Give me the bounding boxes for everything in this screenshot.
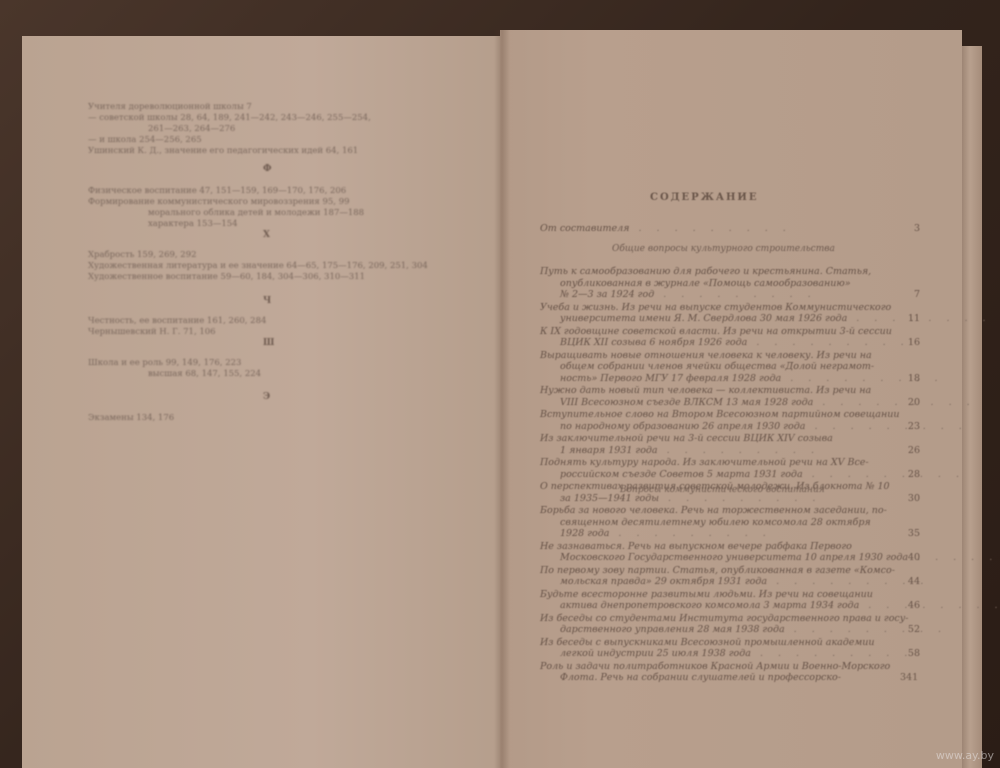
toc-page-number: 30 — [908, 493, 920, 504]
toc-entry-text: российском съезде Советов 5 марта 1931 г… — [540, 469, 912, 481]
toc-page-number: 52 — [908, 624, 920, 635]
index-entry: Школа и ее роль 99, 149, 176, 223 — [88, 358, 241, 369]
toc-entry-text: по народному образованию 26 апреля 1930 … — [540, 421, 912, 433]
toc-entry-text: 1 января 1931 года . . . . . . . . . — [540, 445, 912, 457]
toc-entry-text: ВЦИК XII созыва 6 ноября 1926 года . . .… — [540, 337, 912, 349]
watermark: www.ay.by — [936, 749, 994, 762]
toc-entry-text: № 2—3 за 1924 год . . . . . . . . . — [540, 289, 912, 301]
toc-entry: Путь к самообразованию для рабочего и кр… — [540, 266, 912, 301]
index-entry: Храбрость 159, 269, 292 — [88, 250, 197, 261]
index-entry: Чернышевский Н. Г. 71, 106 — [88, 327, 216, 338]
toc-entry-text: Московского Государственного университет… — [540, 552, 912, 564]
page-number: 341 — [900, 672, 918, 683]
index-entry: высшая 68, 147, 155, 224 — [148, 369, 261, 380]
toc-entry-text: опубликованная в журнале «Помощь самообр… — [540, 278, 912, 290]
index-entry: — и школа 254—256, 265 — [88, 135, 202, 146]
toc-entry-text: Из беседы с выпускниками Всесоюзной пром… — [540, 637, 912, 649]
index-letter-heading: Ф — [263, 164, 272, 174]
toc-entry-text: Из беседы со студентами Института госуда… — [540, 613, 912, 625]
index-entry: Художественная литература и ее значение … — [88, 261, 428, 272]
toc-entry: Будьте всесторонне развитыми людьми. Из … — [540, 589, 912, 612]
toc-entry-text: 1928 года . . . . . . . . . — [540, 528, 912, 540]
toc-page-number: 28 — [908, 469, 920, 480]
toc-page-number: 16 — [908, 337, 920, 348]
toc-entry-text: Выращивать новые отношения человека к че… — [540, 350, 912, 362]
toc-page-number: 3 — [914, 223, 920, 234]
toc-entry: Вступительное слово на Втором Всесоюзном… — [540, 409, 912, 432]
toc-entry-text: дарственного управления 28 мая 1938 года… — [540, 624, 912, 636]
toc-page-number: 11 — [908, 313, 920, 324]
toc-page-number: 7 — [914, 289, 920, 300]
toc-entry-text: Вступительное слово на Втором Всесоюзном… — [540, 409, 912, 421]
toc-entry-text: Путь к самообразованию для рабочего и кр… — [540, 266, 912, 278]
toc-entry: Нужно дать новый тип человека — коллекти… — [540, 385, 912, 408]
toc-entry: Роль и задачи политработников Красной Ар… — [540, 661, 912, 684]
index-entry: Честность, ее воспитание 161, 260, 284 — [88, 316, 266, 327]
toc-entry-text: Нужно дать новый тип человека — коллекти… — [540, 385, 912, 397]
toc-entry-text: Не зазнаваться. Речь на выпускном вечере… — [540, 541, 912, 553]
index-letter-heading: Ш — [263, 338, 274, 348]
toc-entry-text: Из заключительной речи на 3-й сессии ВЦИ… — [540, 433, 912, 445]
toc-entry-text: Поднять культуру народа. Из заключительн… — [540, 457, 912, 469]
toc-entry-text: общем собрании членов ячейки общества «Д… — [540, 361, 912, 373]
toc-entry: От составителя . . . . . . . . .3 — [540, 223, 912, 235]
index-letter-heading: Ч — [263, 296, 271, 306]
toc-entry: К IX годовщине советской власти. Из речи… — [540, 326, 912, 349]
toc-entry: Выращивать новые отношения человека к че… — [540, 350, 912, 385]
toc-entry-text: Борьба за нового человека. Речь на торже… — [540, 505, 912, 517]
toc-entry-text: Будьте всесторонне развитыми людьми. Из … — [540, 589, 912, 601]
toc-page-number: 46 — [908, 600, 920, 611]
toc-entry: Борьба за нового человека. Речь на торже… — [540, 505, 912, 540]
toc-page-number: 26 — [908, 445, 920, 456]
toc-entry-text: актива днепропетровского комсомола 3 мар… — [540, 600, 912, 612]
toc-entry: Учеба и жизнь. Из речи на выпуске студен… — [540, 302, 912, 325]
toc-section-heading: Общие вопросы культурного строительства — [612, 244, 835, 254]
toc-entry-text: ность» Первого МГУ 17 февраля 1928 года … — [540, 373, 912, 385]
toc-page-number: 23 — [908, 421, 920, 432]
toc-entry: Из беседы со студентами Института госуда… — [540, 613, 912, 636]
toc-entry-text: Учеба и жизнь. Из речи на выпуске студен… — [540, 302, 912, 314]
toc-entry-text: По первому зову партии. Статья, опублико… — [540, 565, 912, 577]
index-entry: Художественное воспитание 59—60, 184, 30… — [88, 272, 365, 283]
toc-entry-text: Роль и задачи политработников Красной Ар… — [540, 661, 912, 673]
toc-section-heading: Вопросы коммунистического воспитания — [620, 485, 825, 495]
index-entry: Учителя дореволюционной школы 7 — [88, 102, 252, 113]
index-letter-heading: Э — [263, 392, 270, 402]
book-spine — [494, 30, 510, 768]
toc-page-number: 35 — [908, 528, 920, 539]
toc-entry-text: легкой индустрии 25 июля 1938 года . . .… — [540, 648, 912, 660]
index-letter-heading: Х — [263, 230, 270, 240]
toc-entry-text: мольская правда» 29 октября 1931 года . … — [540, 576, 912, 588]
index-entry: характера 153—154 — [148, 219, 238, 230]
index-entry: Физическое воспитание 47, 151—159, 169—1… — [88, 186, 346, 197]
toc-page-number: 18 — [908, 373, 920, 384]
toc-title: СОДЕРЖАНИЕ — [650, 192, 759, 203]
toc-entry-text: Флота. Речь на собрании слушателей и про… — [540, 672, 912, 684]
toc-entry-text: К IX годовщине советской власти. Из речи… — [540, 326, 912, 338]
index-entry: Ушинский К. Д., значение его педагогичес… — [88, 146, 358, 157]
toc-page-number: 58 — [908, 648, 920, 659]
toc-entry: Поднять культуру народа. Из заключительн… — [540, 457, 912, 480]
toc-entry-text: VIII Всесоюзном съезде ВЛКСМ 13 мая 1928… — [540, 397, 912, 409]
index-entry: Экзамены 134, 176 — [88, 413, 174, 424]
toc-entry-text: священном десятилетнему юбилею комсомола… — [540, 517, 912, 529]
toc-entry: По первому зову партии. Статья, опублико… — [540, 565, 912, 588]
toc-entry-text: университета имени Я. М. Свердлова 30 ма… — [540, 313, 912, 325]
toc-entry: Не зазнаваться. Речь на выпускном вечере… — [540, 541, 912, 564]
toc-entry: Из заключительной речи на 3-й сессии ВЦИ… — [540, 433, 912, 456]
toc-page-number: 44 — [908, 576, 920, 587]
toc-entry-text: От составителя . . . . . . . . . — [540, 223, 912, 235]
toc-page-number: 40 — [908, 552, 920, 563]
index-entry: 261—263, 264—276 — [148, 124, 235, 135]
toc-entry: Из беседы с выпускниками Всесоюзной пром… — [540, 637, 912, 660]
index-entry: морального облика детей и молодежи 187—1… — [148, 208, 364, 219]
toc-page-number: 20 — [908, 397, 920, 408]
index-entry: — советской школы 28, 64, 189, 241—242, … — [88, 113, 371, 124]
index-entry: Формирование коммунистического мировоззр… — [88, 197, 350, 208]
